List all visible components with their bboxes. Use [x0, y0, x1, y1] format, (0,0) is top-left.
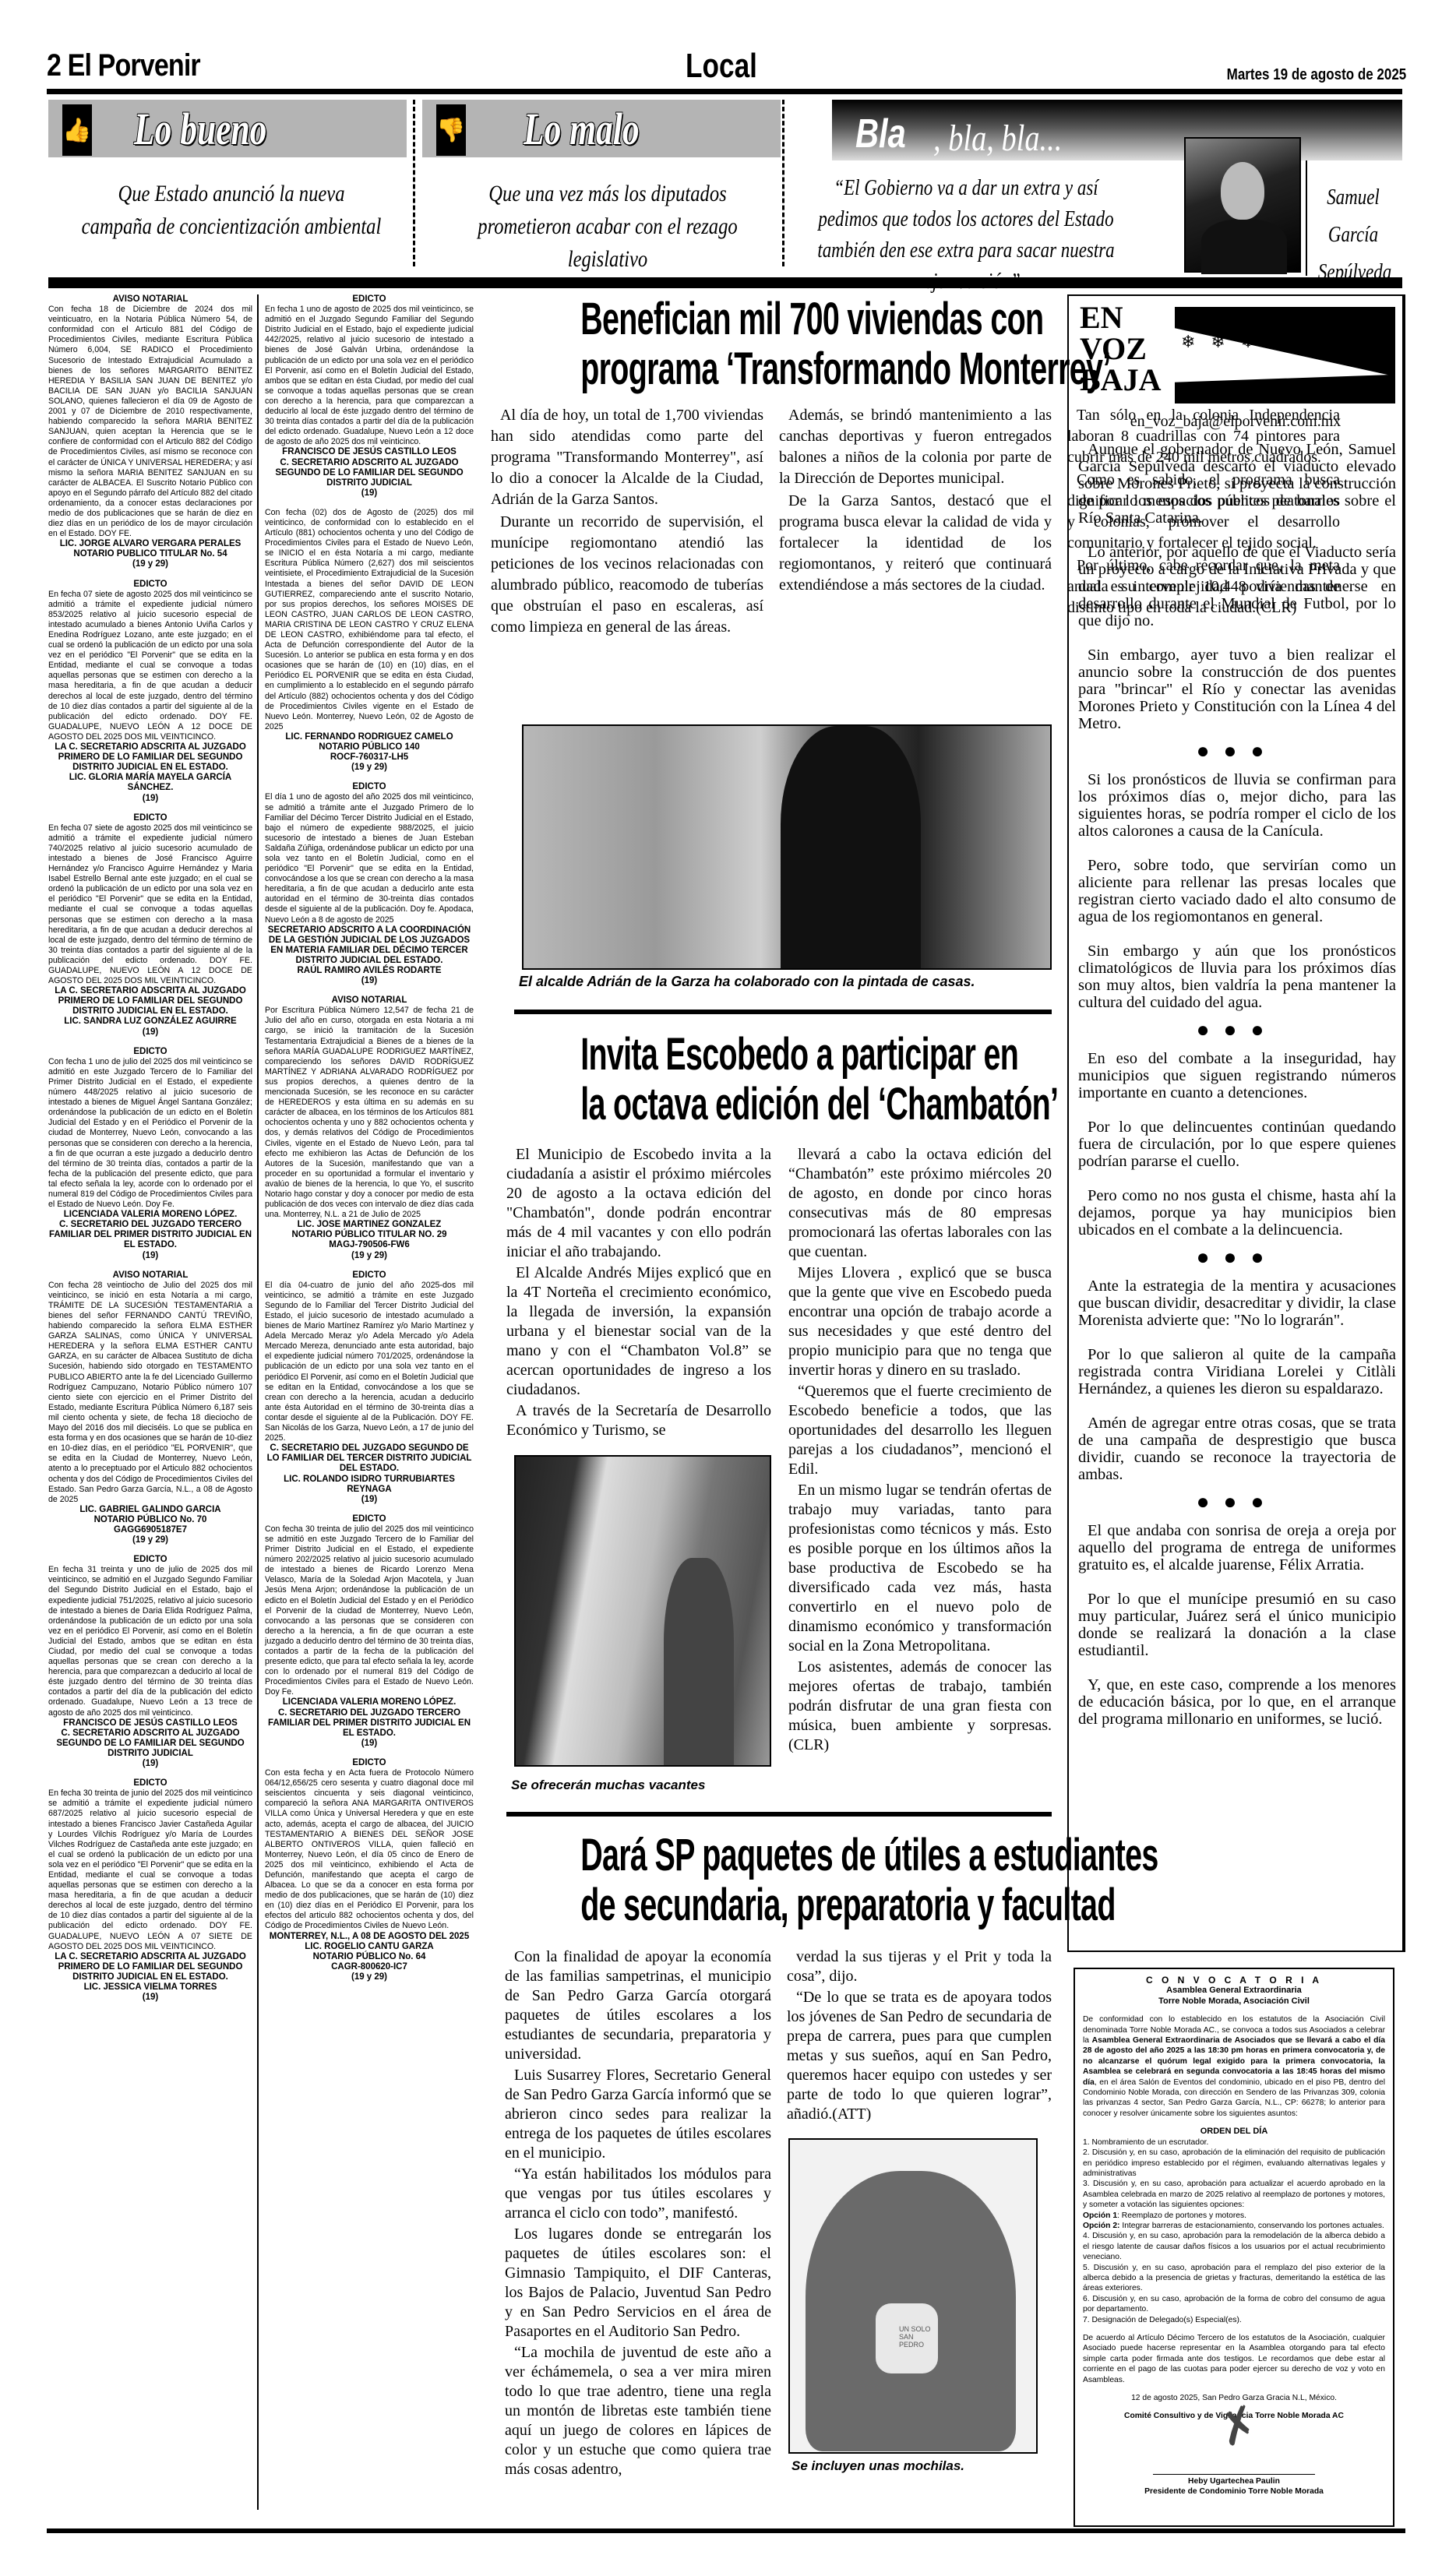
paragraph: De la Garza Santos, destacó que el progr…	[779, 491, 1052, 596]
paragraph: Los lugares donde se entregarán los paqu…	[505, 2225, 771, 2342]
signature: ✗	[1083, 2422, 1385, 2476]
photo-figure	[781, 726, 921, 970]
convocatoria-subtitle-1: Asamblea General Extraordinaria	[1083, 1986, 1385, 1996]
agenda-list-rest: 4. Discusión y, en su caso, aprobación p…	[1083, 2231, 1385, 2325]
legal-notice: AVISO NOTARIALPor Escritura Pública Núme…	[265, 996, 474, 1260]
speaker-photo	[1184, 137, 1301, 273]
notice-signature: LIC. JOSE MARTINEZ GONZALEZ NOTARIO PÚBL…	[265, 1220, 474, 1260]
paragraph: Además, se brindó mantenimiento a las ca…	[779, 405, 1052, 489]
column-paragraph: Por lo que el munícipe presumió en su ca…	[1078, 1591, 1396, 1659]
option-text: Integrar barreras de estacionamiento, co…	[1119, 2222, 1384, 2230]
notice-signature: C. SECRETARIO DEL JUZGADO SEGUNDO DE LO …	[265, 1443, 474, 1505]
column-divider	[257, 294, 259, 2510]
legal-notice: EDICTOEn fecha 31 treinta y uno de julio…	[48, 1555, 252, 1769]
column-paragraph: Lo anterior, por aquello de que el Viadu…	[1078, 544, 1396, 629]
headline-line-2: de secundaria, preparatoria y facultad	[580, 1880, 962, 1930]
legal-notice: EDICTOEl día 1 uno de agosto del año 202…	[265, 782, 474, 986]
convocatoria-title: C O N V O C A T O R I A	[1083, 1975, 1385, 1986]
notice-body: Por Escritura Pública Número 12,547 de f…	[265, 1006, 474, 1220]
paragraph: “Queremos que el fuerte crecimiento de E…	[788, 1382, 1052, 1479]
notice-signature: LICENCIADA VALERIA MORENO LÓPEZ. C. SECR…	[48, 1210, 252, 1260]
notice-signature: LIC. FERNANDO RODRIGUEZ CAMELO NOTARIO P…	[265, 732, 474, 773]
en-voz-baja-logo: ❄❄❄ EN VOZ BAJA	[1080, 302, 1395, 403]
notice-title: EDICTO	[48, 1047, 252, 1057]
notice-title: EDICTO	[48, 1778, 252, 1788]
agenda-item: 2. Discusión y, en su caso, aprobación d…	[1083, 2148, 1385, 2179]
section-title: Local	[686, 47, 757, 86]
notice-signature: FRANCISCO DE JESÚS CASTILLO LEOS C. SECR…	[48, 1718, 252, 1769]
notice-body: El día 1 uno de agosto del año 2025 dos …	[265, 792, 474, 925]
legal-notice: EDICTOEn fecha 30 treinta de junio del 2…	[48, 1778, 252, 2003]
bullet-separator-icon: ●●●	[1078, 740, 1396, 763]
column-paragraph: Pero, sobre todo, que servirían como un …	[1078, 857, 1396, 925]
logo-line-1: EN	[1080, 302, 1161, 333]
column-paragraph: Por lo que salieron al quite de la campa…	[1078, 1346, 1396, 1397]
issue-date: Martes 19 de agosto de 2025	[1226, 66, 1406, 84]
notice-signature: LIC. GABRIEL GALINDO GARCIA NOTARIO PÚBL…	[48, 1505, 252, 1545]
paragraph: “La mochila de juventud de este año a ve…	[505, 2343, 771, 2479]
backpack-photo: UN SOLO SAN PEDRO	[788, 2138, 1038, 2454]
notice-title: EDICTO	[48, 580, 252, 590]
thumbs-down-icon: 👎	[436, 104, 466, 156]
paragraph: Los asistentes, además de conocer las me…	[788, 1658, 1052, 1755]
notice-body: Con fecha (02) dos de Agosto de (2025) d…	[265, 508, 474, 732]
article-body-left: El Municipio de Escobedo invita a la ciu…	[506, 1145, 771, 1442]
agenda-title: ORDEN DEL DÍA	[1083, 2127, 1385, 2137]
bullet-separator-icon: ●●●	[1078, 1019, 1396, 1042]
photo-caption: Se ofrecerán muchas vacantes	[511, 1778, 705, 1793]
job-fair-photo	[514, 1455, 771, 1767]
paragraph: En un mismo lugar se tendrán ofertas de …	[788, 1481, 1052, 1656]
headline-line-1: Dará SP paquetes de útiles a estudiantes	[580, 1831, 962, 1880]
notice-title: AVISO NOTARIAL	[48, 294, 252, 305]
headline-line-2: programa ‘Transformando Monterrey’	[580, 344, 962, 394]
legal-notice: Con fecha (02) dos de Agosto de (2025) d…	[265, 508, 474, 773]
bullet-separator-icon: ●●●	[1078, 1491, 1396, 1514]
signature-scribble-icon: ✗	[1218, 2416, 1259, 2439]
section-divider-band	[48, 277, 1402, 288]
intro-text: , en el área Salón de Eventos del condom…	[1083, 2078, 1385, 2118]
thumbs-up-icon: 👍	[62, 104, 92, 156]
photo-caption: Se incluyen unas mochilas.	[791, 2458, 964, 2474]
column-paragraph: Sin embargo y aún que los pronósticos cl…	[1078, 943, 1396, 1011]
notice-body: Con fecha 28 veintiocho de Julio del 202…	[48, 1281, 252, 1505]
column-paragraph: Por lo que delincuentes continúan quedan…	[1078, 1119, 1396, 1170]
column-email: en_voz_baja@elporvenir.com.mx	[1069, 413, 1402, 431]
paragraph: “De lo que se trata es de apoyara todos …	[787, 1988, 1052, 2124]
notice-body: Con fecha 1 uno de julio del 2025 dos mi…	[48, 1057, 252, 1210]
speaker-name: Samuel García Sepúlveda	[1318, 179, 1388, 291]
legal-notice: EDICTOEl día 04-cuatro de junio del año …	[265, 1270, 474, 1505]
notice-title: AVISO NOTARIAL	[48, 1270, 252, 1281]
notice-body: El día 04-cuatro de junio del año 2025-d…	[265, 1281, 474, 1444]
paragraph: El Alcalde Andrés Mijes explicó que en l…	[506, 1263, 771, 1400]
agenda-item: 6. Discusión y, en su caso, aprobación d…	[1083, 2294, 1385, 2315]
logo-line-2: VOZ	[1080, 333, 1161, 365]
paragraph: El Municipio de Escobedo invita a la ciu…	[506, 1145, 771, 1262]
article-body-right: llevará a cabo la octava edición del “Ch…	[788, 1145, 1052, 1757]
legal-notice: EDICTOCon fecha 30 treinta de julio del …	[265, 1514, 474, 1749]
lo-bueno-title: Lo bueno	[134, 103, 266, 155]
lo-bueno-text: Que Estado anunció la nueva campaña de c…	[81, 178, 381, 243]
article-divider	[514, 1010, 1052, 1014]
signature-line	[1153, 2474, 1315, 2475]
dashed-divider	[782, 100, 784, 266]
lo-malo-text: Que una vez más los diputados prometiero…	[467, 178, 749, 276]
paragraph: Al día de hoy, un total de 1,700 viviend…	[491, 405, 763, 510]
notice-title: EDICTO	[48, 1555, 252, 1565]
paragraph: Luis Susarrey Flores, Secretario General…	[505, 2066, 771, 2163]
article-chambaton: Invita Escobedo a participar en la octav…	[491, 1030, 1052, 1129]
article-body: Al día de hoy, un total de 1,700 viviend…	[491, 405, 1052, 639]
logo-line-3: BAJA	[1080, 365, 1161, 396]
masthead-rule	[47, 89, 1402, 94]
lo-malo-title: Lo malo	[524, 103, 640, 155]
notice-title: EDICTO	[265, 294, 474, 305]
column-paragraph: Si los pronósticos de lluvia se confirma…	[1078, 771, 1396, 840]
option-label: Opción 2:	[1083, 2222, 1119, 2230]
headline-line-1: Benefician mil 700 viviendas con	[580, 294, 962, 344]
notice-signature: LICENCIADA VALERIA MORENO LÓPEZ. C. SECR…	[265, 1697, 474, 1748]
legal-notices-column-1: AVISO NOTARIALCon fecha 18 de Diciembre …	[48, 294, 252, 2012]
legal-notice: EDICTOCon fecha 1 uno de julio del 2025 …	[48, 1047, 252, 1261]
convocatoria-notice: C O N V O C A T O R I A Asamblea General…	[1074, 1968, 1394, 2527]
mayor-painting-photo	[522, 724, 1052, 970]
agenda-option-1: Opción 1: Reemplazo de portones y motore…	[1083, 2211, 1385, 2221]
headline-line-1: Invita Escobedo a participar en	[580, 1030, 962, 1080]
paragraph: Durante un recorrido de supervisión, el …	[491, 512, 763, 638]
notice-body: En fecha 30 treinta de junio del 2025 do…	[48, 1788, 252, 1952]
lo-bueno-banner: 👍 Lo bueno	[48, 100, 407, 157]
legal-notice: EDICTOEn fecha 1 uno de agosto de 2025 d…	[265, 294, 474, 499]
convocatoria-closing: De acuerdo al Artículo Décimo Tercero de…	[1083, 2333, 1385, 2385]
logo-words: EN VOZ BAJA	[1080, 302, 1161, 396]
backpack-logo: UN SOLO SAN PEDRO	[876, 2303, 938, 2373]
notice-signature: LA C. SECRETARIO ADSCRITA AL JUZGADO PRI…	[48, 742, 252, 804]
legal-notice: EDICTOEn fecha 07 siete de agosto 2025 d…	[48, 813, 252, 1038]
notice-body: Con fecha 18 de Diciembre de 2024 dos mi…	[48, 305, 252, 539]
agenda-item: 1. Nombramiento de un escrutador.	[1083, 2137, 1385, 2148]
notice-body: Con fecha 30 treinta de julio del 2025 d…	[265, 1524, 474, 1698]
notice-signature: LA C. SECRETARIO ADSCRITA AL JUZGADO PRI…	[48, 1952, 252, 2003]
column-text: Aunque el gobernador de Nuevo León, Samu…	[1078, 441, 1396, 1745]
option-text: : Reemplazo de portones y motores.	[1117, 2211, 1246, 2220]
paragraph: verdad la sus tijeras y el Prit y toda l…	[787, 1947, 1052, 1986]
speaker-face	[1221, 162, 1264, 220]
column-paragraph: Ante la estrategia de la mentira y acusa…	[1078, 1277, 1396, 1329]
paragraph: llevará a cabo la octava edición del “Ch…	[788, 1145, 1052, 1262]
notice-title: EDICTO	[265, 1758, 474, 1768]
column-paragraph: Amén de agregar entre otras cosas, que s…	[1078, 1415, 1396, 1483]
article-body-left: Con la finalidad de apoyar la economía d…	[505, 1947, 771, 2481]
legal-notice: EDICTOCon esta fecha y en Acta fuera de …	[265, 1758, 474, 1982]
lo-malo-banner: 👎 Lo malo	[422, 100, 781, 157]
agenda-item: 4. Discusión y, en su caso, aprobación p…	[1083, 2231, 1385, 2262]
column-paragraph: Pero como no nos gusta el chisme, hasta …	[1078, 1187, 1396, 1239]
paragraph: Mijes Llovera , explicó que se busca que…	[788, 1263, 1052, 1380]
headline-line-2: la octava edición del ‘Chambatón’	[580, 1080, 962, 1129]
option-label: Opción 1	[1083, 2211, 1117, 2220]
column-paragraph: Sin embargo, ayer tuvo a bien realizar e…	[1078, 647, 1396, 732]
notice-body: En fecha 07 siete de agosto 2025 dos mil…	[48, 590, 252, 742]
en-voz-baja-column: ❄❄❄ EN VOZ BAJA en_voz_baja@elporvenir.c…	[1067, 294, 1405, 1952]
notice-title: AVISO NOTARIAL	[265, 996, 474, 1006]
vertical-rule	[1306, 160, 1307, 276]
notice-signature: LIC. JORGE ALVARO VERGARA PERALES NOTARI…	[48, 539, 252, 569]
dashed-divider	[413, 100, 415, 266]
photo-caption: El alcalde Adrián de la Garza ha colabor…	[519, 974, 975, 990]
legal-notice: AVISO NOTARIALCon fecha 28 veintiocho de…	[48, 1270, 252, 1546]
legal-notices-column-2: EDICTOEn fecha 1 uno de agosto de 2025 d…	[265, 294, 474, 1992]
article-divider	[506, 1812, 1052, 1817]
agenda-item: 7. Designación de Delegado(s) Especial(e…	[1083, 2315, 1385, 2325]
convocatoria-subtitle-2: Torre Noble Morada, Asociación Civil	[1083, 1996, 1385, 2007]
article-utiles-san-pedro: Dará SP paquetes de útiles a estudiantes…	[491, 1831, 1052, 1930]
notice-title: EDICTO	[265, 782, 474, 792]
notice-body: En fecha 31 treinta y uno de julio de 20…	[48, 1565, 252, 1718]
bla-bla-bla-banner: Bla , bla, bla...	[832, 100, 1402, 160]
notice-body: Con esta fecha y en Acta fuera de Protoc…	[265, 1768, 474, 1932]
notice-body: En fecha 07 siete de agosto 2025 dos mil…	[48, 823, 252, 987]
signer-title: Presidente de Condominio Torre Noble Mor…	[1083, 2486, 1385, 2497]
bla-title-rest: , bla, bla...	[933, 117, 1062, 160]
agenda-item: 5. Discusión y, en su caso, aprobación p…	[1083, 2263, 1385, 2294]
grasshoppers-icon: ❄❄❄	[1181, 332, 1271, 352]
notice-signature: MONTERREY, N.L., A 08 DE AGOSTO DEL 2025…	[265, 1932, 474, 1982]
page-bottom-rule	[47, 2528, 1405, 2533]
agenda-option-2: Opción 2: Integrar barreras de estaciona…	[1083, 2221, 1385, 2231]
bla-title-bold: Bla	[855, 111, 906, 157]
photo-figure	[664, 1558, 734, 1767]
agenda-item: 3. Discusión y, en su caso, aprobación p…	[1083, 2179, 1385, 2210]
agenda-list: 1. Nombramiento de un escrutador.2. Disc…	[1083, 2137, 1385, 2211]
column-paragraph: Y, que, en este caso, comprende a los me…	[1078, 1676, 1396, 1728]
notice-body: En fecha 1 uno de agosto de 2025 dos mil…	[265, 305, 474, 447]
column-paragraph: En eso del combate a la inseguridad, hay…	[1078, 1050, 1396, 1101]
paragraph: Con la finalidad de apoyar la economía d…	[505, 1947, 771, 2064]
notice-title: EDICTO	[265, 1270, 474, 1281]
paragraph: A través de la Secretaría de Desarrollo …	[506, 1401, 771, 1440]
notice-signature: LA C. SECRETARIO ADSCRITA AL JUZGADO PRI…	[48, 986, 252, 1037]
notice-signature: SECRETARIO ADSCRITO A LA COORDINACIÓN DE…	[265, 925, 474, 987]
legal-notice: AVISO NOTARIALCon fecha 18 de Diciembre …	[48, 294, 252, 570]
legal-notice: EDICTOEn fecha 07 siete de agosto 2025 d…	[48, 580, 252, 804]
convocatoria-intro: De conformidad con lo establecido en los…	[1083, 2014, 1385, 2119]
speaker-suit	[1201, 220, 1287, 274]
paragraph: “Ya están habilitados los módulos para q…	[505, 2165, 771, 2223]
notice-signature: FRANCISCO DE JESÚS CASTILLO LEOS C. SECR…	[265, 447, 474, 498]
article-body-right: verdad la sus tijeras y el Prit y toda l…	[787, 1947, 1052, 2126]
bullet-separator-icon: ●●●	[1078, 1246, 1396, 1270]
column-paragraph: El que andaba con sonrisa de oreja a ore…	[1078, 1522, 1396, 1573]
article-transformando-monterrey: Benefician mil 700 viviendas con program…	[491, 294, 1052, 639]
column-paragraph: Aunque el gobernador de Nuevo León, Samu…	[1078, 441, 1396, 527]
notice-title: EDICTO	[265, 1514, 474, 1524]
page-number-and-paper-name: 2 El Porvenir	[47, 48, 200, 83]
notice-title: EDICTO	[48, 813, 252, 823]
signer-name: Heby Ugartechea Paulin	[1083, 2476, 1385, 2486]
